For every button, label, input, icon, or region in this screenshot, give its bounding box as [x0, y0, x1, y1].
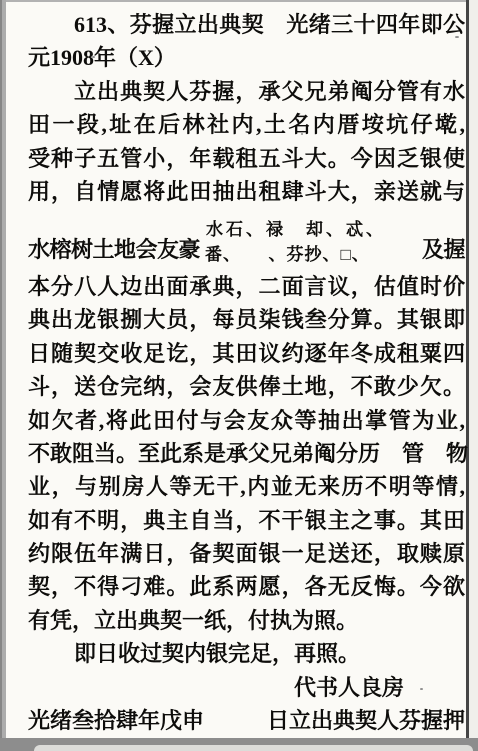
deed-line: 业，与别房人等无干,内並无来历不明等情,: [28, 470, 465, 503]
deed-line: 约限伍年满日，备契面银一足送还，取赎原: [28, 537, 465, 570]
cluster-main-left: 水榕树土地会友豪: [28, 237, 200, 263]
deed-line: 本分八人边出面承典，二面言议，估值时价: [28, 270, 465, 303]
cluster-main-right: 及握: [422, 237, 465, 263]
scan-edge-left: [0, 0, 6, 751]
deed-line: 斗，送仓完纳，会友供俸土地，不敢少欠。: [28, 370, 465, 403]
deed-line: 立出典契人芬握，承父兄弟阄分管有水: [28, 75, 465, 108]
scan-edge-right-line: [466, 0, 469, 738]
scan-speckle: [58, 418, 60, 420]
deed-line: 受种子五管小，年载租五斗大。今因乏银使: [28, 142, 465, 175]
scan-speckle: [447, 166, 450, 169]
deed-line: 田一段,址在后林社内,土名内厝垵坑仔墘,: [28, 108, 465, 141]
scan-edge-right-margin: [469, 0, 478, 738]
deed-line: 契，不得刁难。此系两愿，各无反悔。今欲: [28, 570, 465, 603]
scan-speckle: [420, 688, 423, 690]
deed-line: 用，自情愿将此田抽出租肆斗大，亲送就与: [28, 175, 465, 208]
scan-speckle: [455, 36, 459, 38]
scribe-name: 代书人良房: [28, 671, 465, 704]
date-signature-line: 光绪叁拾肆年戊申 日立出典契人芬握押: [28, 704, 465, 737]
cluster-row-top: 水石、禄 却、忒、: [205, 217, 420, 242]
deed-text-block: 613、芬握立出典契 光绪三十四年即公 元1908年（X） 立出典契人芬握，承父…: [28, 8, 465, 737]
deed-signer: 日立出典契人芬握押: [267, 704, 465, 737]
scan-speckle: [301, 133, 303, 135]
entry-heading-line-1: 613、芬握立出典契 光绪三十四年即公: [28, 8, 465, 41]
deed-line: 不敢阻当。至此系是承父兄弟阄分历 管 物: [28, 437, 465, 470]
entry-heading-line-2: 元1908年（X）: [28, 41, 465, 74]
receipt-note-line: 即日收过契内银完足，再照。: [28, 637, 465, 670]
deed-line: 有凭，立出典契一纸，付执为照。: [28, 604, 465, 637]
deed-line: 如欠者,将此田付与会友众等抽出掌管为业,: [28, 404, 465, 437]
deed-line: 典出龙银捌大员，每员柒钱叁分算。其银即: [28, 303, 465, 336]
deed-line: 如有不明，典主自当，不干银主之事。其田: [28, 504, 465, 537]
scan-speckle: [92, 56, 95, 58]
scan-bottom-band: [0, 738, 478, 751]
deed-line-name-cluster: 水榕树土地会友豪 水石、禄 却、忒、 番、 、芬抄、□、 及握: [28, 208, 465, 270]
deed-date: 光绪叁拾肆年戊申: [28, 704, 204, 737]
cluster-row-bottom: 番、 、芬抄、□、: [205, 242, 420, 267]
scan-edge-top: [0, 0, 478, 2]
deed-line: 日随契交收足讫，其田议约逐年冬成租粟四: [28, 337, 465, 370]
name-cluster: 水石、禄 却、忒、 番、 、芬抄、□、: [205, 217, 420, 267]
next-page-edge: [34, 745, 473, 751]
